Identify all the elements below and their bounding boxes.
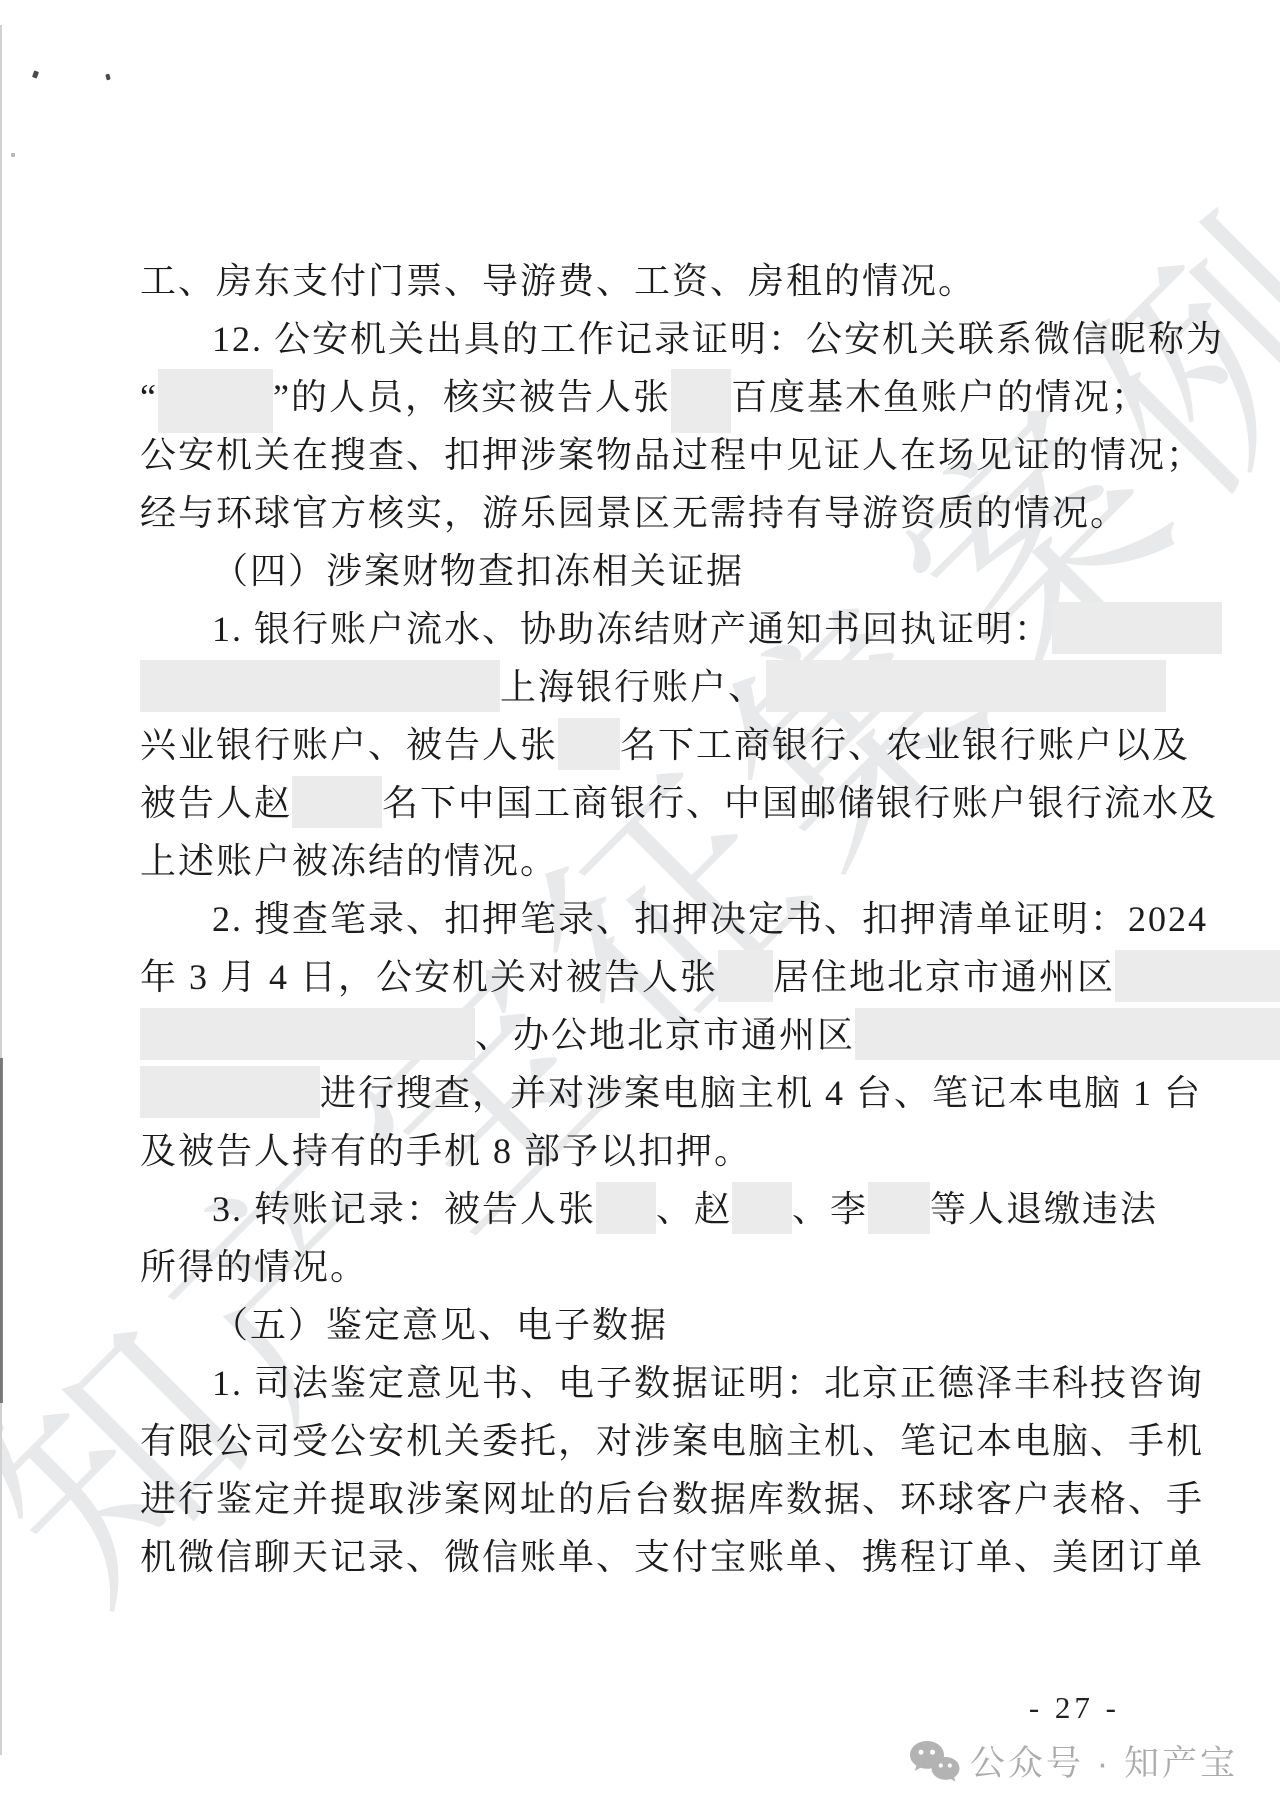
text-line: 年 3 月 4 日，公安机关对被告人张居住地北京市通州区: [140, 948, 1140, 1006]
text-segment: 、办公地北京市通州区: [475, 1015, 855, 1055]
text-line: （五）鉴定意见、电子数据: [140, 1296, 1140, 1354]
scan-edge-line: [0, 25, 2, 1755]
text-line: 被告人赵名下中国工商银行、中国邮储银行账户银行流水及: [140, 774, 1140, 832]
redaction-box: [766, 660, 1166, 712]
redaction-box: [868, 1182, 930, 1234]
text-segment: 名下中国工商银行、中国邮储银行账户银行流水及: [382, 783, 1218, 823]
text-segment: 所得的情况。: [140, 1247, 368, 1287]
text-segment: 12. 公安机关出具的工作记录证明：公安机关联系微信昵称为: [212, 319, 1224, 359]
text-line: 兴业银行账户、被告人张名下工商银行、农业银行账户以及: [140, 716, 1140, 774]
text-segment: 上海银行账户、: [500, 667, 766, 707]
text-line: 及被告人持有的手机 8 部予以扣押。: [140, 1122, 1140, 1180]
redaction-box: [1052, 602, 1222, 654]
text-line: 有限公司受公安机关委托，对涉案电脑主机、笔记本电脑、手机: [140, 1412, 1140, 1470]
text-line: （四）涉案财物查扣冻相关证据: [140, 542, 1140, 600]
scan-speck: [105, 74, 110, 81]
text-segment: 名下工商银行、农业银行账户以及: [620, 725, 1190, 765]
text-line: 机微信聊天记录、微信账单、支付宝账单、携程订单、美团订单: [140, 1528, 1140, 1586]
scan-speck: [32, 70, 39, 78]
text-segment: 工、房东支付门票、导游费、工资、房租的情况。: [140, 261, 976, 301]
text-segment: 年 3 月 4 日，公安机关对被告人张: [140, 957, 718, 997]
text-segment: 公安机关在搜查、扣押涉案物品过程中见证人在场见证的情况；: [140, 435, 1204, 475]
footer: 公众号 · 知产宝: [908, 1736, 1238, 1786]
text-segment: 进行鉴定并提取涉案网址的后台数据库数据、环球客户表格、手: [140, 1479, 1204, 1519]
wechat-icon: [908, 1740, 960, 1782]
text-line: 、办公地北京市通州区: [140, 1006, 1140, 1064]
redaction-box: [671, 369, 731, 433]
text-segment: 3. 转账记录：被告人张: [212, 1189, 596, 1229]
text-line: 工、房东支付门票、导游费、工资、房租的情况。: [140, 252, 1140, 310]
redaction-box: [140, 1008, 475, 1060]
text-line: 上述账户被冻结的情况。: [140, 832, 1140, 890]
text-line: 1. 银行账户流水、协助冻结财产通知书回执证明：: [140, 600, 1140, 658]
redaction-box: [558, 718, 620, 770]
text-segment: 进行搜查，并对涉案电脑主机 4 台、笔记本电脑 1 台: [320, 1073, 1202, 1113]
redaction-box: [140, 1066, 320, 1118]
text-line: 上海银行账户、: [140, 658, 1140, 716]
redaction-box: [1115, 950, 1280, 1002]
redaction-box: [140, 660, 500, 712]
text-line: 2. 搜查笔录、扣押笔录、扣押决定书、扣押清单证明：2024: [140, 890, 1140, 948]
text-segment: 及被告人持有的手机 8 部予以扣押。: [140, 1131, 752, 1171]
text-line: 公安机关在搜查、扣押涉案物品过程中见证人在场见证的情况；: [140, 426, 1140, 484]
text-line: 经与环球官方核实，游乐园景区无需持有导游资质的情况。: [140, 484, 1140, 542]
text-segment: 2. 搜查笔录、扣押笔录、扣押决定书、扣押清单证明：2024: [212, 899, 1208, 939]
redaction-box: [732, 1182, 792, 1234]
footer-label: 公众号 · 知产宝: [970, 1736, 1238, 1786]
text-segment: 经与环球官方核实，游乐园景区无需持有导游资质的情况。: [140, 493, 1128, 533]
text-segment: 1. 银行账户流水、协助冻结财产通知书回执证明：: [212, 609, 1052, 649]
text-segment: 兴业银行账户、被告人张: [140, 725, 558, 765]
scan-edge-dark-segment: [0, 1058, 3, 1403]
text-line: 进行鉴定并提取涉案网址的后台数据库数据、环球客户表格、手: [140, 1470, 1140, 1528]
text-segment: 等人退缴违法: [930, 1189, 1158, 1229]
text-segment: 机微信聊天记录、微信账单、支付宝账单、携程订单、美团订单: [140, 1537, 1204, 1577]
redaction-box: [855, 1008, 1280, 1060]
text-segment: 上述账户被冻结的情况。: [140, 841, 558, 881]
text-segment: 居住地北京市通州区: [773, 957, 1115, 997]
document-body: 工、房东支付门票、导游费、工资、房租的情况。12. 公安机关出具的工作记录证明：…: [140, 252, 1140, 1586]
text-segment: 、赵: [656, 1189, 732, 1229]
redaction-box: [596, 1182, 656, 1234]
text-line: 3. 转账记录：被告人张、赵、李等人退缴违法: [140, 1180, 1140, 1238]
text-line: 1. 司法鉴定意见书、电子数据证明：北京正德泽丰科技咨询: [140, 1354, 1140, 1412]
text-segment: （四）涉案财物查扣冻相关证据: [212, 551, 744, 591]
text-segment: 有限公司受公安机关委托，对涉案电脑主机、笔记本电脑、手机: [140, 1421, 1204, 1461]
text-segment: ”的人员，核实被告人张: [273, 377, 671, 417]
redaction-box: [158, 369, 273, 433]
text-line: 12. 公安机关出具的工作记录证明：公安机关联系微信昵称为: [140, 310, 1140, 368]
text-segment: “: [140, 377, 158, 417]
text-line: 进行搜查，并对涉案电脑主机 4 台、笔记本电脑 1 台: [140, 1064, 1140, 1122]
text-segment: 1. 司法鉴定意见书、电子数据证明：北京正德泽丰科技咨询: [212, 1363, 1204, 1403]
text-line: “”的人员，核实被告人张百度基木鱼账户的情况；: [140, 368, 1140, 426]
text-segment: 百度基木鱼账户的情况；: [731, 377, 1149, 417]
scan-speck: [11, 153, 15, 157]
text-line: 所得的情况。: [140, 1238, 1140, 1296]
page-number: - 27 -: [1029, 1690, 1120, 1726]
text-segment: （五）鉴定意见、电子数据: [212, 1305, 668, 1345]
redaction-box: [292, 776, 382, 828]
redaction-box: [718, 950, 773, 1002]
text-segment: 被告人赵: [140, 783, 292, 823]
page-container: 知产宝征集案例 工、房东支付门票、导游费、工资、房租的情况。12. 公安机关出具…: [0, 0, 1280, 1810]
text-segment: 、李: [792, 1189, 868, 1229]
